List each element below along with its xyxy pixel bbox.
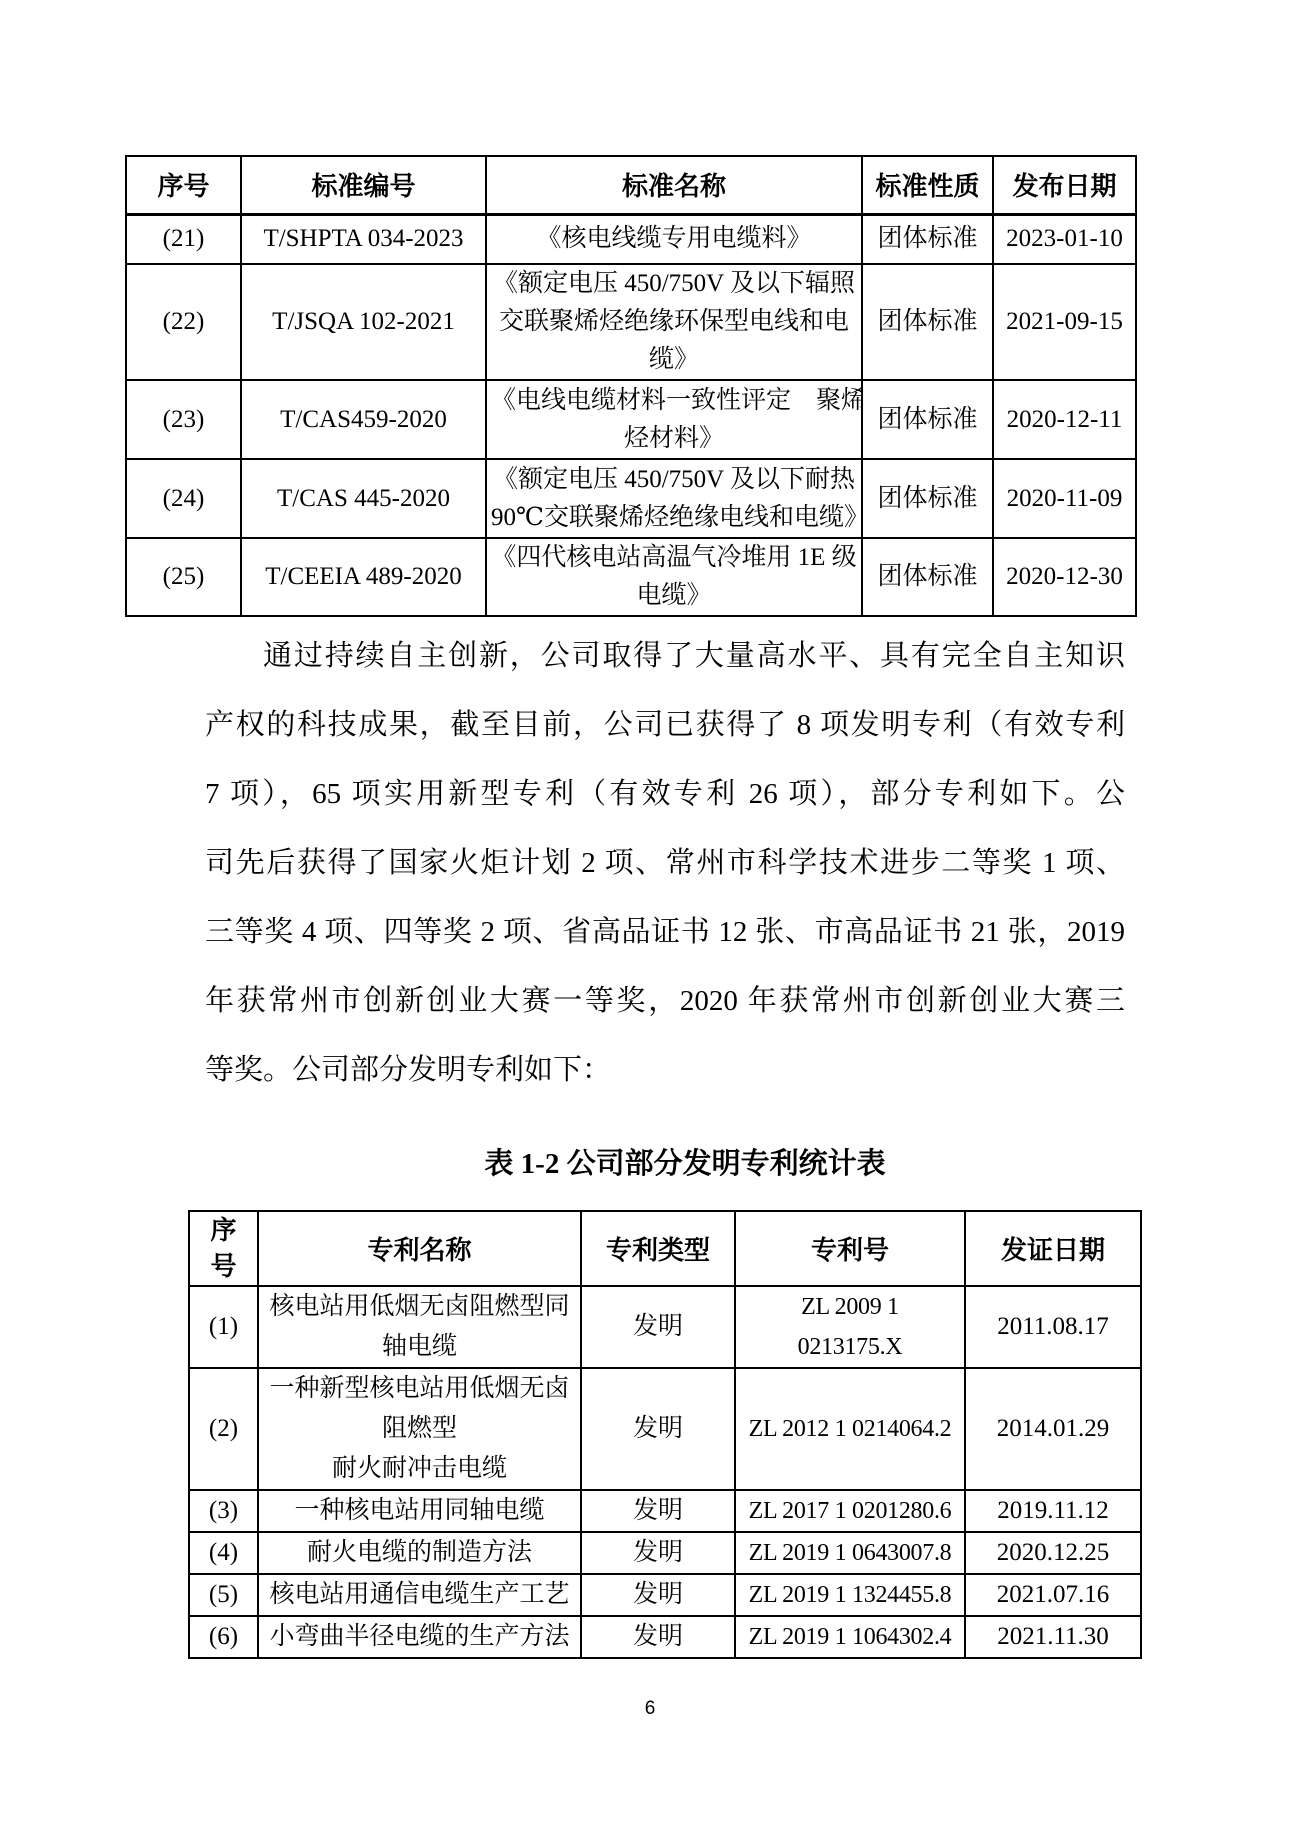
standard-code-cell: T/CAS 445-2020 bbox=[241, 459, 486, 538]
standard-name-cell: 《电线电缆材料一致性评定 聚烯烃材料》 bbox=[486, 380, 862, 459]
patents-table-row: (6)小弯曲半径电缆的生产方法发明ZL 2019 1 1064302.42021… bbox=[189, 1616, 1141, 1658]
patents-header-seq-label: 序号 bbox=[210, 1213, 237, 1285]
cell-line: T/CAS459-2020 bbox=[246, 401, 481, 439]
paragraph-line: 等奖。公司部分发明专利如下： bbox=[205, 1036, 1125, 1105]
patent-date-cell: 2021.07.16 bbox=[965, 1574, 1141, 1616]
cell-line: (1) bbox=[194, 1307, 253, 1347]
patent-type-cell: 发明 bbox=[581, 1490, 735, 1532]
patent-number-cell: ZL 2019 1 0643007.8 bbox=[735, 1532, 965, 1574]
patent-date-cell: 2011.08.17 bbox=[965, 1286, 1141, 1368]
cell-line: 交联聚烯烃绝缘环保型电线和电 bbox=[491, 303, 857, 341]
cell-line: (6) bbox=[194, 1617, 253, 1657]
cell-line: 2014.01.29 bbox=[970, 1409, 1136, 1449]
standard-no-cell: (22) bbox=[126, 264, 241, 380]
standards-table-row: (22)T/JSQA 102-2021《额定电压 450/750V 及以下辐照交… bbox=[126, 264, 1136, 380]
patent-name-cell: 一种核电站用同轴电缆 bbox=[258, 1490, 581, 1532]
patents-header-name: 专利名称 bbox=[258, 1211, 581, 1286]
patent-date-cell: 2014.01.29 bbox=[965, 1368, 1141, 1490]
cell-line: 2020-12-11 bbox=[998, 401, 1131, 439]
cell-line: 烃材料》 bbox=[491, 420, 857, 458]
patent-type-cell: 发明 bbox=[581, 1574, 735, 1616]
patents-table-row: (5)核电站用通信电缆生产工艺发明ZL 2019 1 1324455.82021… bbox=[189, 1574, 1141, 1616]
standards-header-code: 标准编号 bbox=[241, 156, 486, 214]
patent-no-cell: (4) bbox=[189, 1532, 258, 1574]
patents-header-type: 专利类型 bbox=[581, 1211, 735, 1286]
cell-line: 发明 bbox=[586, 1307, 730, 1347]
patents-header-number: 专利号 bbox=[735, 1211, 965, 1286]
patent-date-cell: 2021.11.30 bbox=[965, 1616, 1141, 1658]
cell-line: 2021.07.16 bbox=[970, 1575, 1136, 1615]
cell-line: 2023-01-10 bbox=[998, 220, 1131, 258]
cell-line: (25) bbox=[131, 558, 236, 596]
cell-line: 阻燃型 bbox=[263, 1409, 576, 1449]
cell-line: 团体标准 bbox=[867, 480, 988, 518]
cell-line: (3) bbox=[194, 1491, 253, 1531]
standards-table-row: (23)T/CAS459-2020《电线电缆材料一致性评定 聚烯烃材料》团体标准… bbox=[126, 380, 1136, 459]
patent-name-cell: 小弯曲半径电缆的生产方法 bbox=[258, 1616, 581, 1658]
patents-header-date: 发证日期 bbox=[965, 1211, 1141, 1286]
cell-line: (2) bbox=[194, 1409, 253, 1449]
standards-header-row: 序号 标准编号 标准名称 标准性质 发布日期 bbox=[126, 156, 1136, 214]
cell-line: ZL 2019 1 1324455.8 bbox=[740, 1575, 960, 1615]
standards-table-row: (25)T/CEEIA 489-2020《四代核电站高温气冷堆用 1E 级电缆》… bbox=[126, 538, 1136, 616]
patent-name-cell: 一种新型核电站用低烟无卤阻燃型耐火耐冲击电缆 bbox=[258, 1368, 581, 1490]
body-paragraph: 通过持续自主创新，公司取得了大量高水平、具有完全自主知识产权的科技成果，截至目前… bbox=[205, 622, 1125, 1105]
cell-line: 团体标准 bbox=[867, 558, 988, 596]
standard-date-cell: 2021-09-15 bbox=[993, 264, 1136, 380]
standard-no-cell: (21) bbox=[126, 214, 241, 264]
patent-date-cell: 2019.11.12 bbox=[965, 1490, 1141, 1532]
page-number: 6 bbox=[0, 1698, 1300, 1720]
cell-line: 缆》 bbox=[491, 341, 857, 379]
cell-line: 2020-11-09 bbox=[998, 480, 1131, 518]
standard-type-cell: 团体标准 bbox=[862, 380, 993, 459]
patent-number-cell: ZL 2012 1 0214064.2 bbox=[735, 1368, 965, 1490]
cell-line: 《四代核电站高温气冷堆用 1E 级 bbox=[491, 539, 857, 577]
patents-table-row: (3)一种核电站用同轴电缆发明ZL 2017 1 0201280.62019.1… bbox=[189, 1490, 1141, 1532]
standards-table: 序号 标准编号 标准名称 标准性质 发布日期 (21)T/SHPTA 034-2… bbox=[125, 155, 1137, 617]
patent-number-cell: ZL 2009 10213175.X bbox=[735, 1286, 965, 1368]
standard-no-cell: (25) bbox=[126, 538, 241, 616]
patent-name-cell: 耐火电缆的制造方法 bbox=[258, 1532, 581, 1574]
patent-name-cell: 核电站用低烟无卤阻燃型同轴电缆 bbox=[258, 1286, 581, 1368]
cell-line: T/CEEIA 489-2020 bbox=[246, 558, 481, 596]
patent-number-cell: ZL 2019 1 1324455.8 bbox=[735, 1574, 965, 1616]
patent-number-cell: ZL 2019 1 1064302.4 bbox=[735, 1616, 965, 1658]
standard-type-cell: 团体标准 bbox=[862, 264, 993, 380]
standard-date-cell: 2020-11-09 bbox=[993, 459, 1136, 538]
cell-line: 团体标准 bbox=[867, 401, 988, 439]
patents-table-title: 表 1-2 公司部分发明专利统计表 bbox=[225, 1140, 1145, 1188]
patent-type-cell: 发明 bbox=[581, 1368, 735, 1490]
standard-name-cell: 《核电线缆专用电缆料》 bbox=[486, 214, 862, 264]
paragraph-line: 三等奖 4 项、四等奖 2 项、省高品证书 12 张、市高品证书 21 张，20… bbox=[205, 898, 1125, 967]
standard-name-cell: 《额定电压 450/750V 及以下辐照交联聚烯烃绝缘环保型电线和电缆》 bbox=[486, 264, 862, 380]
cell-line: 发明 bbox=[586, 1575, 730, 1615]
standard-type-cell: 团体标准 bbox=[862, 459, 993, 538]
patent-no-cell: (6) bbox=[189, 1616, 258, 1658]
document-page: 序号 标准编号 标准名称 标准性质 发布日期 (21)T/SHPTA 034-2… bbox=[0, 0, 1300, 1838]
cell-line: 核电站用通信电缆生产工艺 bbox=[263, 1575, 576, 1615]
patents-header-row: 序号 专利名称 专利类型 专利号 发证日期 bbox=[189, 1211, 1141, 1286]
patent-no-cell: (2) bbox=[189, 1368, 258, 1490]
cell-line: 耐火电缆的制造方法 bbox=[263, 1533, 576, 1573]
standard-code-cell: T/CEEIA 489-2020 bbox=[241, 538, 486, 616]
cell-line: 一种新型核电站用低烟无卤 bbox=[263, 1369, 576, 1409]
cell-line: 《核电线缆专用电缆料》 bbox=[491, 220, 857, 258]
standard-type-cell: 团体标准 bbox=[862, 538, 993, 616]
patents-table-row: (1)核电站用低烟无卤阻燃型同轴电缆发明ZL 2009 10213175.X20… bbox=[189, 1286, 1141, 1368]
standards-table-row: (21)T/SHPTA 034-2023《核电线缆专用电缆料》团体标准2023-… bbox=[126, 214, 1136, 264]
cell-line: 发明 bbox=[586, 1409, 730, 1449]
cell-line: 《额定电压 450/750V 及以下耐热 bbox=[491, 461, 857, 499]
patent-name-cell: 核电站用通信电缆生产工艺 bbox=[258, 1574, 581, 1616]
patent-type-cell: 发明 bbox=[581, 1286, 735, 1368]
cell-line: 2020.12.25 bbox=[970, 1533, 1136, 1573]
cell-line: (4) bbox=[194, 1533, 253, 1573]
cell-line: ZL 2012 1 0214064.2 bbox=[740, 1409, 960, 1449]
cell-line: 2020-12-30 bbox=[998, 558, 1131, 596]
standard-date-cell: 2020-12-30 bbox=[993, 538, 1136, 616]
cell-line: 2019.11.12 bbox=[970, 1491, 1136, 1531]
standard-code-cell: T/JSQA 102-2021 bbox=[241, 264, 486, 380]
cell-line: 团体标准 bbox=[867, 220, 988, 258]
patent-no-cell: (3) bbox=[189, 1490, 258, 1532]
cell-line: (5) bbox=[194, 1575, 253, 1615]
cell-line: 电缆》 bbox=[491, 577, 857, 615]
cell-line: 一种核电站用同轴电缆 bbox=[263, 1491, 576, 1531]
cell-line: (23) bbox=[131, 401, 236, 439]
cell-line: 发明 bbox=[586, 1617, 730, 1657]
paragraph-line: 年获常州市创新创业大赛一等奖，2020 年获常州市创新创业大赛三 bbox=[205, 967, 1125, 1036]
paragraph-line: 通过持续自主创新，公司取得了大量高水平、具有完全自主知识 bbox=[205, 622, 1125, 691]
patent-type-cell: 发明 bbox=[581, 1532, 735, 1574]
standards-header-type: 标准性质 bbox=[862, 156, 993, 214]
cell-line: ZL 2017 1 0201280.6 bbox=[740, 1491, 960, 1531]
standard-date-cell: 2023-01-10 bbox=[993, 214, 1136, 264]
standard-code-cell: T/CAS459-2020 bbox=[241, 380, 486, 459]
standard-no-cell: (24) bbox=[126, 459, 241, 538]
cell-line: 2021.11.30 bbox=[970, 1617, 1136, 1657]
standard-name-cell: 《额定电压 450/750V 及以下耐热90℃交联聚烯烃绝缘电线和电缆》 bbox=[486, 459, 862, 538]
standard-code-cell: T/SHPTA 034-2023 bbox=[241, 214, 486, 264]
patent-number-cell: ZL 2017 1 0201280.6 bbox=[735, 1490, 965, 1532]
cell-line: 2011.08.17 bbox=[970, 1307, 1136, 1347]
cell-line: ZL 2009 1 bbox=[740, 1287, 960, 1327]
cell-line: 0213175.X bbox=[740, 1327, 960, 1367]
standard-type-cell: 团体标准 bbox=[862, 214, 993, 264]
cell-line: 2021-09-15 bbox=[998, 303, 1131, 341]
patent-no-cell: (5) bbox=[189, 1574, 258, 1616]
cell-line: 90℃交联聚烯烃绝缘电线和电缆》 bbox=[491, 499, 857, 537]
cell-line: (21) bbox=[131, 220, 236, 258]
patent-no-cell: (1) bbox=[189, 1286, 258, 1368]
cell-line: T/JSQA 102-2021 bbox=[246, 303, 481, 341]
patents-header-seq: 序号 bbox=[189, 1211, 258, 1286]
cell-line: T/CAS 445-2020 bbox=[246, 480, 481, 518]
cell-line: 轴电缆 bbox=[263, 1327, 576, 1367]
cell-line: ZL 2019 1 0643007.8 bbox=[740, 1533, 960, 1573]
patent-date-cell: 2020.12.25 bbox=[965, 1532, 1141, 1574]
standards-header-name: 标准名称 bbox=[486, 156, 862, 214]
cell-line: 发明 bbox=[586, 1533, 730, 1573]
paragraph-line: 司先后获得了国家火炬计划 2 项、常州市科学技术进步二等奖 1 项、 bbox=[205, 829, 1125, 898]
cell-line: 团体标准 bbox=[867, 303, 988, 341]
standard-date-cell: 2020-12-11 bbox=[993, 380, 1136, 459]
patents-table-row: (2)一种新型核电站用低烟无卤阻燃型耐火耐冲击电缆发明ZL 2012 1 021… bbox=[189, 1368, 1141, 1490]
cell-line: T/SHPTA 034-2023 bbox=[246, 220, 481, 258]
cell-line: ZL 2019 1 1064302.4 bbox=[740, 1617, 960, 1657]
standard-name-cell: 《四代核电站高温气冷堆用 1E 级电缆》 bbox=[486, 538, 862, 616]
standards-table-row: (24)T/CAS 445-2020《额定电压 450/750V 及以下耐热90… bbox=[126, 459, 1136, 538]
cell-line: 发明 bbox=[586, 1491, 730, 1531]
cell-line: 核电站用低烟无卤阻燃型同 bbox=[263, 1287, 576, 1327]
cell-line: 耐火耐冲击电缆 bbox=[263, 1449, 576, 1489]
patents-table-row: (4)耐火电缆的制造方法发明ZL 2019 1 0643007.82020.12… bbox=[189, 1532, 1141, 1574]
cell-line: 小弯曲半径电缆的生产方法 bbox=[263, 1617, 576, 1657]
cell-line: 《电线电缆材料一致性评定 聚烯 bbox=[491, 382, 857, 420]
standards-header-date: 发布日期 bbox=[993, 156, 1136, 214]
cell-line: (24) bbox=[131, 480, 236, 518]
standards-header-seq: 序号 bbox=[126, 156, 241, 214]
cell-line: (22) bbox=[131, 303, 236, 341]
patent-type-cell: 发明 bbox=[581, 1616, 735, 1658]
paragraph-line: 产权的科技成果，截至目前，公司已获得了 8 项发明专利（有效专利 bbox=[205, 691, 1125, 760]
cell-line: 《额定电压 450/750V 及以下辐照 bbox=[491, 265, 857, 303]
paragraph-line: 7 项），65 项实用新型专利（有效专利 26 项），部分专利如下。公 bbox=[205, 760, 1125, 829]
patents-table: 序号 专利名称 专利类型 专利号 发证日期 (1)核电站用低烟无卤阻燃型同轴电缆… bbox=[188, 1210, 1142, 1659]
standard-no-cell: (23) bbox=[126, 380, 241, 459]
